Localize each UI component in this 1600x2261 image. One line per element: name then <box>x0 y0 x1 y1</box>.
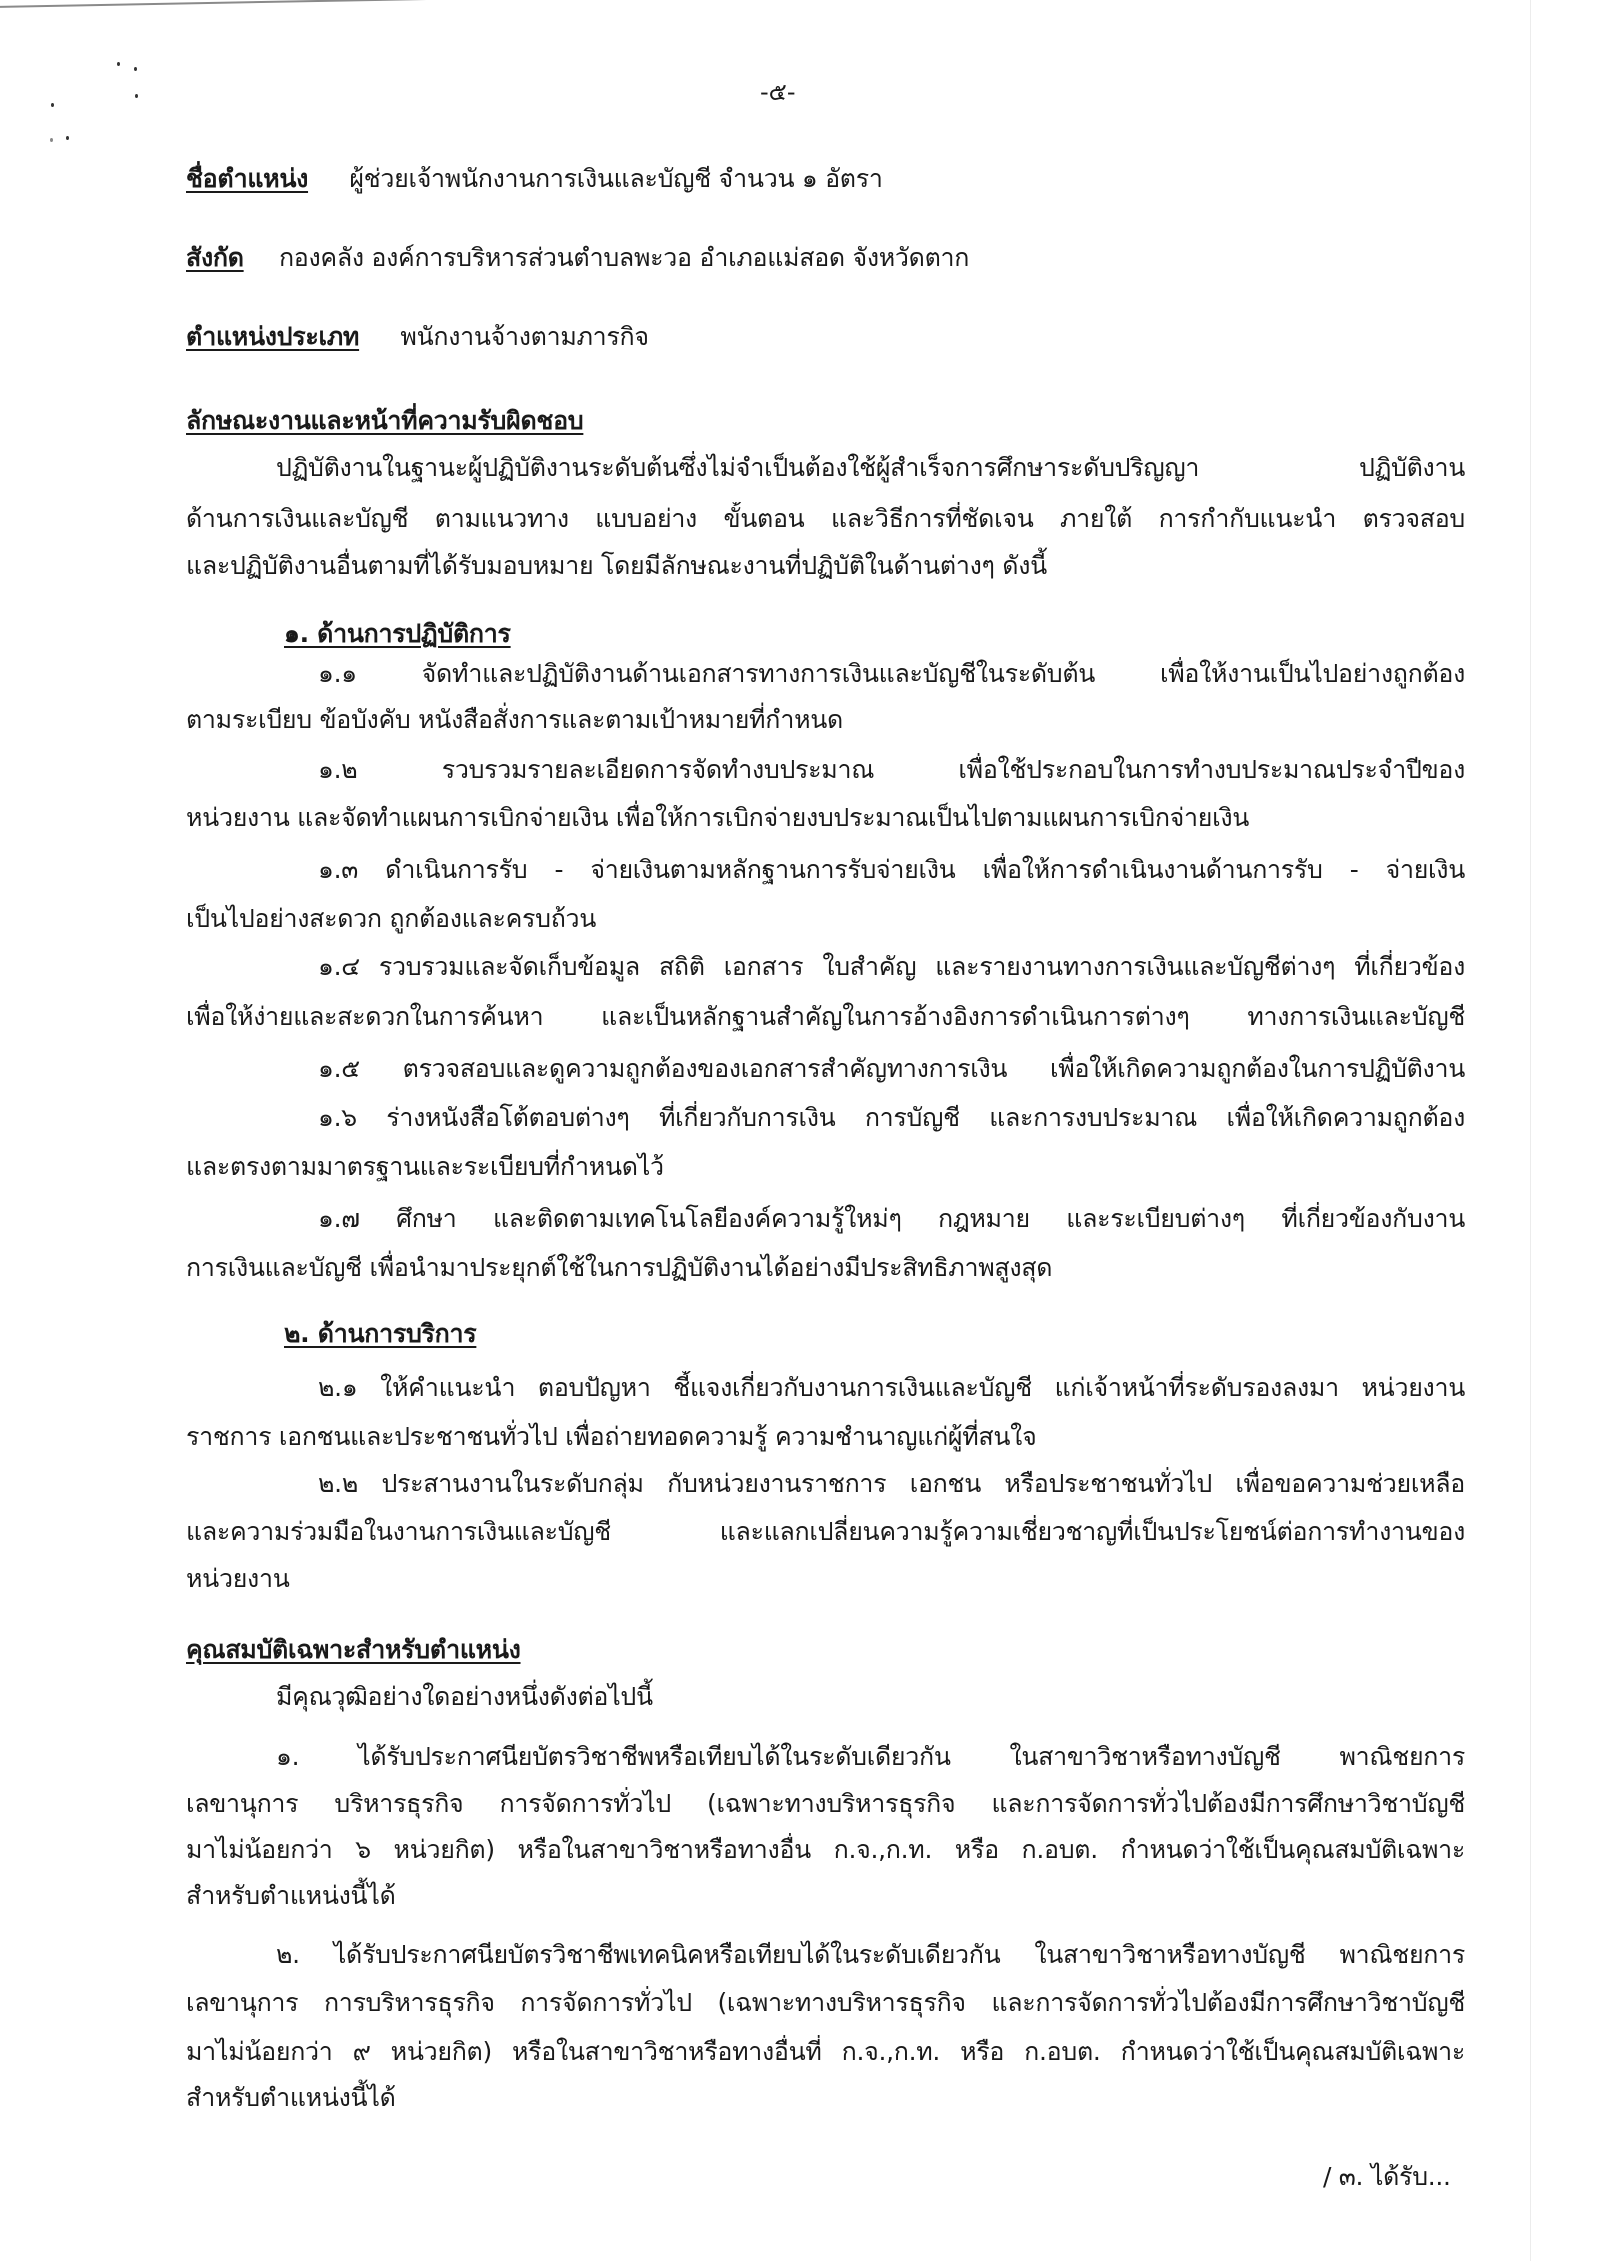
duty-item-2-1-cont: ราชการ เอกชนและประชาชนทั่วไป เพื่อถ่ายทอ… <box>186 1420 1036 1454</box>
type-value: พนักงานจ้างตามภารกิจ <box>400 322 648 351</box>
continuation-note: / ๓. ได้รับ... <box>1323 2160 1451 2194</box>
duties-intro-line: ปฏิบัติงานในฐานะผู้ปฏิบัติงานระดับต้นซึ่… <box>276 451 1465 485</box>
qualifications-intro: มีคุณวุฒิอย่างใดอย่างหนึ่งดังต่อไปนี้ <box>276 1680 653 1714</box>
duty-item-1-6-cont: และตรงตามมาตรฐานและระเบียบที่กำหนดไว้ <box>186 1150 664 1184</box>
document-page: -๕- ชื่อตำแหน่ง ผู้ช่วยเจ้าพนักงานการเงิ… <box>0 0 1600 2261</box>
duties-intro-line: และปฏิบัติงานอื่นตามที่ได้รับมอบหมาย โดย… <box>186 549 1047 583</box>
duties-heading: ลักษณะงานและหน้าที่ความรับผิดชอบ <box>186 404 583 438</box>
qualification-item-1-cont: เลขานุการ บริหารธุรกิจ การจัดการทั่วไป (… <box>186 1787 1465 1821</box>
duty-item-1-3: ๑.๓ ดำเนินการรับ - จ่ายเงินตามหลักฐานการ… <box>318 853 1465 887</box>
affiliation-row: สังกัด กองคลัง องค์การบริหารส่วนตำบลพะวอ… <box>186 241 969 275</box>
duty-item-2-1: ๒.๑ ให้คำแนะนำ ตอบปัญหา ชี้แจงเกี่ยวกับง… <box>318 1371 1465 1405</box>
duty-item-1-6: ๑.๖ ร่างหนังสือโต้ตอบต่างๆ ที่เกี่ยวกับก… <box>318 1101 1465 1135</box>
qualifications-heading: คุณสมบัติเฉพาะสำหรับตำแหน่ง <box>186 1633 521 1667</box>
duty-item-2-2-cont: และความร่วมมือในงานการเงินและบัญชี และแล… <box>186 1515 1465 1549</box>
position-value: ผู้ช่วยเจ้าพนักงานการเงินและบัญชี จำนวน … <box>349 164 882 193</box>
duty-item-2-2: ๒.๒ ประสานงานในระดับกลุ่ม กับหน่วยงานราช… <box>318 1467 1465 1501</box>
scan-speck <box>134 67 137 71</box>
page-number: -๕- <box>760 72 795 111</box>
duty-item-2-2-cont: หน่วยงาน <box>186 1562 290 1596</box>
type-label: ตำแหน่งประเภท <box>186 322 359 351</box>
duty-item-1-7: ๑.๗ ศึกษา และติดตามเทคโนโลยีองค์ความรู้ใ… <box>318 1202 1465 1236</box>
type-row: ตำแหน่งประเภท พนักงานจ้างตามภารกิจ <box>186 320 649 354</box>
qualification-item-2-cont: มาไม่น้อยกว่า ๙ หน่วยกิต) หรือในสาขาวิชา… <box>186 2035 1465 2069</box>
scan-vertical-line <box>1530 0 1531 2261</box>
affiliation-value: กองคลัง องค์การบริหารส่วนตำบลพะวอ อำเภอแ… <box>279 243 969 272</box>
qualification-item-2-cont: สำหรับตำแหน่งนี้ได้ <box>186 2081 396 2115</box>
duty-item-1-3-cont: เป็นไปอย่างสะดวก ถูกต้องและครบถ้วน <box>186 902 596 936</box>
section2-heading: ๒. ด้านการบริการ <box>284 1317 476 1351</box>
duty-item-1-2: ๑.๒ รวบรวมรายละเอียดการจัดทำงบประมาณ เพื… <box>318 753 1465 787</box>
duty-item-1-7-cont: การเงินและบัญชี เพื่อนำมาประยุกต์ใช้ในกา… <box>186 1251 1052 1285</box>
qualification-item-2-cont: เลขานุการ การบริหารธุรกิจ การจัดการทั่วไ… <box>186 1986 1465 2020</box>
duties-intro-line: ด้านการเงินและบัญชี ตามแนวทาง แบบอย่าง ข… <box>186 502 1465 536</box>
affiliation-label: สังกัด <box>186 243 244 272</box>
position-label: ชื่อตำแหน่ง <box>186 164 308 193</box>
position-row: ชื่อตำแหน่ง ผู้ช่วยเจ้าพนักงานการเงินและ… <box>186 162 883 196</box>
scan-speck <box>117 62 120 66</box>
qualification-item-1-cont: มาไม่น้อยกว่า ๖ หน่วยกิต) หรือในสาขาวิชา… <box>186 1833 1465 1867</box>
qualification-item-2: ๒. ได้รับประกาศนียบัตรวิชาชีพเทคนิคหรือเ… <box>276 1938 1465 1972</box>
scan-speck <box>135 94 138 98</box>
scan-speck <box>50 138 53 142</box>
duty-item-1-5: ๑.๕ ตรวจสอบและดูความถูกต้องของเอกสารสำคั… <box>318 1052 1465 1086</box>
duty-item-1-4-cont: เพื่อให้ง่ายและสะดวกในการค้นหา และเป็นหล… <box>186 1000 1465 1034</box>
duty-item-1-4: ๑.๔ รวบรวมและจัดเก็บข้อมูล สถิติ เอกสาร … <box>318 950 1465 984</box>
scan-speck <box>51 103 54 107</box>
duty-item-1-2-cont: หน่วยงาน และจัดทำแผนการเบิกจ่ายเงิน เพื่… <box>186 801 1249 835</box>
scan-speck <box>66 136 69 140</box>
qualification-item-1-cont: สำหรับตำแหน่งนี้ได้ <box>186 1879 396 1913</box>
duty-item-1-1: ๑.๑ จัดทำและปฏิบัติงานด้านเอกสารทางการเง… <box>318 657 1465 691</box>
section1-heading: ๑. ด้านการปฏิบัติการ <box>284 617 511 651</box>
qualification-item-1: ๑. ได้รับประกาศนียบัตรวิชาชีพหรือเทียบได… <box>276 1740 1465 1774</box>
scan-edge-line <box>0 0 730 8</box>
duty-item-1-1-cont: ตามระเบียบ ข้อบังคับ หนังสือสั่งการและตา… <box>186 703 843 737</box>
